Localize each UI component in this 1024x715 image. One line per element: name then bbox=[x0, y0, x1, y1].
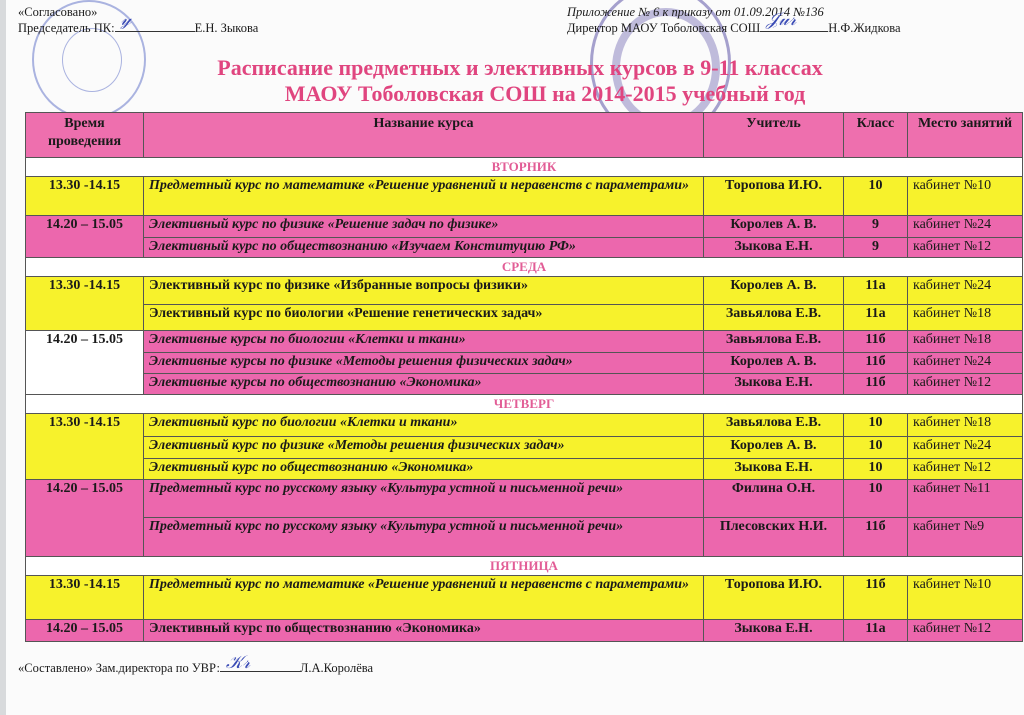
class-label: 11б bbox=[844, 331, 908, 353]
class-label: 10 bbox=[844, 177, 908, 216]
director-role: Директор МАОУ Тоболовская СОШ bbox=[567, 21, 760, 35]
room-label: кабинет №11 bbox=[908, 480, 1023, 518]
teacher-name: Торопова И.Ю. bbox=[704, 177, 844, 216]
table-row: 14.20 – 15.05Предметный курс по русскому… bbox=[26, 480, 1023, 518]
chairman-name: Е.Н. Зыкова bbox=[195, 21, 259, 35]
table-header-row: Время проведения Название курса Учитель … bbox=[26, 113, 1023, 158]
course-name: Элективные курсы по физике «Методы решен… bbox=[144, 353, 704, 374]
teacher-name: Зыкова Е.Н. bbox=[704, 374, 844, 395]
time-cell: 13.30 -14.15 bbox=[26, 576, 144, 620]
appendix-note: Приложение № 6 к приказу от 01.09.2014 №… bbox=[567, 5, 901, 20]
teacher-name: Зыкова Е.Н. bbox=[704, 459, 844, 480]
room-label: кабинет №12 bbox=[908, 238, 1023, 258]
teacher-name: Королев А. В. bbox=[704, 437, 844, 459]
table-row: Элективные курсы по физике «Методы решен… bbox=[26, 353, 1023, 374]
class-label: 9 bbox=[844, 216, 908, 238]
course-name: Предметный курс по математике «Решение у… bbox=[144, 576, 704, 620]
day-header-row: ВТОРНИК bbox=[26, 158, 1023, 177]
class-label: 9 bbox=[844, 238, 908, 258]
class-label: 10 bbox=[844, 414, 908, 437]
chairman-role: Председатель ПК: bbox=[18, 21, 115, 35]
approval-block-right: Приложение № 6 к приказу от 01.09.2014 №… bbox=[567, 5, 901, 36]
teacher-name: Филина О.Н. bbox=[704, 480, 844, 518]
class-label: 11б bbox=[844, 374, 908, 395]
teacher-name: Торопова И.Ю. bbox=[704, 576, 844, 620]
table-row: 14.20 – 15.05Элективные курсы по биологи… bbox=[26, 331, 1023, 353]
col-time: Время проведения bbox=[26, 113, 144, 158]
time-cell: 14.20 – 15.05 bbox=[26, 331, 144, 395]
table-row: 14.20 – 15.05Элективный курс по общество… bbox=[26, 620, 1023, 642]
course-name: Элективный курс по биологии «Решение ген… bbox=[144, 305, 704, 331]
time-cell: 13.30 -14.15 bbox=[26, 177, 144, 216]
approval-block-left: «Согласовано» Председатель ПК:𝓎Е.Н. Зыко… bbox=[18, 5, 258, 36]
time-cell: 13.30 -14.15 bbox=[26, 277, 144, 331]
time-cell: 14.20 – 15.05 bbox=[26, 620, 144, 642]
class-label: 11а bbox=[844, 277, 908, 305]
col-room: Место занятий bbox=[908, 113, 1023, 158]
course-name: Элективный курс по физике «Избранные воп… bbox=[144, 277, 704, 305]
day-label: ЧЕТВЕРГ bbox=[26, 395, 1023, 414]
time-cell: 14.20 – 15.05 bbox=[26, 480, 144, 557]
scan-edge bbox=[0, 0, 6, 715]
document-subtitle: МАОУ Тоболовская СОШ на 2014-2015 учебны… bbox=[185, 81, 905, 107]
room-label: кабинет №12 bbox=[908, 459, 1023, 480]
day-label: ПЯТНИЦА bbox=[26, 557, 1023, 576]
signature-icon: 𝒦𝓇 bbox=[226, 652, 250, 673]
time-cell: 13.30 -14.15 bbox=[26, 414, 144, 480]
table-row: Элективный курс по биологии «Решение ген… bbox=[26, 305, 1023, 331]
course-name: Элективные курсы по обществознанию «Экон… bbox=[144, 374, 704, 395]
room-label: кабинет №18 bbox=[908, 414, 1023, 437]
class-label: 11б bbox=[844, 353, 908, 374]
room-label: кабинет №24 bbox=[908, 277, 1023, 305]
room-label: кабинет №12 bbox=[908, 620, 1023, 642]
col-class: Класс bbox=[844, 113, 908, 158]
class-label: 11а bbox=[844, 305, 908, 331]
signature-line: 𝓎 bbox=[115, 20, 195, 32]
course-name: Элективный курс по физике «Методы решени… bbox=[144, 437, 704, 459]
class-label: 11б bbox=[844, 518, 908, 557]
course-name: Элективный курс по биологии «Клетки и тк… bbox=[144, 414, 704, 437]
compiled-name: Л.А.Королёва bbox=[300, 661, 373, 675]
course-name: Элективный курс по обществознанию «Эконо… bbox=[144, 459, 704, 480]
room-label: кабинет №10 bbox=[908, 576, 1023, 620]
table-row: 13.30 -14.15Элективный курс по физике «И… bbox=[26, 277, 1023, 305]
col-teacher: Учитель bbox=[704, 113, 844, 158]
teacher-name: Королев А. В. bbox=[704, 353, 844, 374]
room-label: кабинет №9 bbox=[908, 518, 1023, 557]
course-name: Элективный курс по обществознанию «Эконо… bbox=[144, 620, 704, 642]
table-row: Элективный курс по физике «Методы решени… bbox=[26, 437, 1023, 459]
document-title: Расписание предметных и элективных курсо… bbox=[160, 55, 880, 81]
table-row: 13.30 -14.15Предметный курс по математик… bbox=[26, 576, 1023, 620]
class-label: 10 bbox=[844, 459, 908, 480]
col-course: Название курса bbox=[144, 113, 704, 158]
class-label: 10 bbox=[844, 437, 908, 459]
signature-line: 𝒦𝓇 bbox=[220, 660, 300, 672]
day-header-row: ПЯТНИЦА bbox=[26, 557, 1023, 576]
table-row: 14.20 – 15.05Элективный курс по физике «… bbox=[26, 216, 1023, 238]
teacher-name: Завьялова Е.В. bbox=[704, 331, 844, 353]
signature-line: 𝒥𝓊𝓇 bbox=[760, 20, 828, 32]
teacher-name: Завьялова Е.В. bbox=[704, 305, 844, 331]
teacher-name: Зыкова Е.Н. bbox=[704, 238, 844, 258]
teacher-name: Королев А. В. bbox=[704, 216, 844, 238]
class-label: 11б bbox=[844, 576, 908, 620]
table-row: Предметный курс по русскому языку «Культ… bbox=[26, 518, 1023, 557]
course-name: Элективные курсы по биологии «Клетки и т… bbox=[144, 331, 704, 353]
table-row: Элективные курсы по обществознанию «Экон… bbox=[26, 374, 1023, 395]
class-label: 11а bbox=[844, 620, 908, 642]
course-name: Предметный курс по русскому языку «Культ… bbox=[144, 480, 704, 518]
day-label: СРЕДА bbox=[26, 258, 1023, 277]
course-name: Элективный курс по физике «Решение задач… bbox=[144, 216, 704, 238]
time-cell: 14.20 – 15.05 bbox=[26, 216, 144, 258]
compiled-by: «Составлено» Зам.директора по УВР:𝒦𝓇Л.А.… bbox=[18, 660, 373, 676]
teacher-name: Завьялова Е.В. bbox=[704, 414, 844, 437]
room-label: кабинет №10 bbox=[908, 177, 1023, 216]
compiled-label: «Составлено» Зам.директора по УВР: bbox=[18, 661, 220, 675]
table-row: Элективный курс по обществознанию «Изуча… bbox=[26, 238, 1023, 258]
table-row: Элективный курс по обществознанию «Эконо… bbox=[26, 459, 1023, 480]
teacher-name: Плесовских Н.И. bbox=[704, 518, 844, 557]
room-label: кабинет №24 bbox=[908, 216, 1023, 238]
union-stamp-inner bbox=[62, 28, 122, 92]
day-header-row: СРЕДА bbox=[26, 258, 1023, 277]
class-label: 10 bbox=[844, 480, 908, 518]
day-header-row: ЧЕТВЕРГ bbox=[26, 395, 1023, 414]
signature-icon: 𝒥𝓊𝓇 bbox=[766, 12, 796, 27]
course-name: Предметный курс по математике «Решение у… bbox=[144, 177, 704, 216]
director-name: Н.Ф.Жидкова bbox=[828, 21, 900, 35]
schedule-table: Время проведения Название курса Учитель … bbox=[25, 112, 1023, 642]
teacher-name: Королев А. В. bbox=[704, 277, 844, 305]
agreed-label: «Согласовано» bbox=[18, 5, 258, 20]
room-label: кабинет №18 bbox=[908, 305, 1023, 331]
room-label: кабинет №24 bbox=[908, 437, 1023, 459]
table-row: 13.30 -14.15Предметный курс по математик… bbox=[26, 177, 1023, 216]
signature-icon: 𝓎 bbox=[121, 12, 131, 27]
day-label: ВТОРНИК bbox=[26, 158, 1023, 177]
room-label: кабинет №24 bbox=[908, 353, 1023, 374]
room-label: кабинет №12 bbox=[908, 374, 1023, 395]
course-name: Предметный курс по русскому языку «Культ… bbox=[144, 518, 704, 557]
teacher-name: Зыкова Е.Н. bbox=[704, 620, 844, 642]
table-row: 13.30 -14.15Элективный курс по биологии … bbox=[26, 414, 1023, 437]
course-name: Элективный курс по обществознанию «Изуча… bbox=[144, 238, 704, 258]
room-label: кабинет №18 bbox=[908, 331, 1023, 353]
